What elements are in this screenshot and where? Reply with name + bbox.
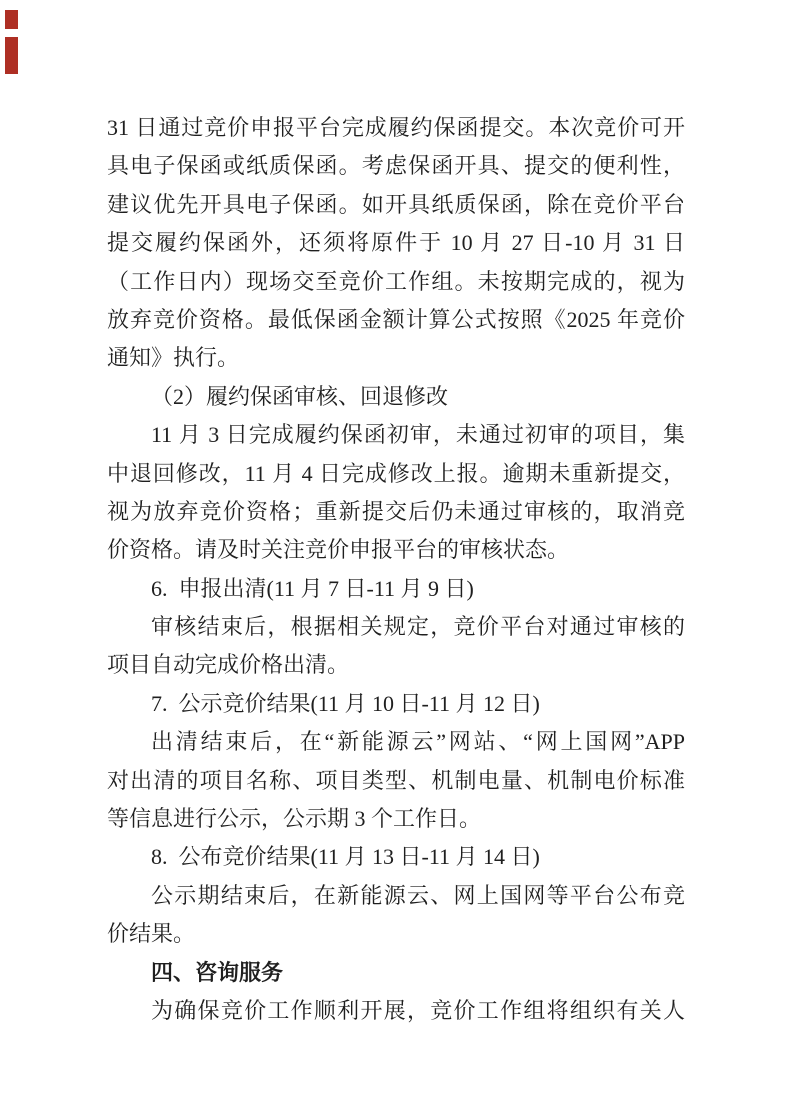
left-edge-red-mark-bottom: [5, 37, 18, 74]
text-line: 公示期结束后，在新能源云、网上国网等平台公布竞: [107, 877, 685, 915]
text-line: 11 月 3 日完成履约保函初审，未通过初审的项目，集: [107, 416, 685, 454]
text-line: 等信息进行公示，公示期 3 个工作日。: [107, 800, 685, 838]
text-line: 为确保竞价工作顺利开展，竞价工作组将组织有关人: [107, 992, 685, 1030]
text-line: 建议优先开具电子保函。如开具纸质保函，除在竞价平台: [107, 186, 685, 224]
text-line: 价资格。请及时关注竞价申报平台的审核状态。: [107, 531, 685, 569]
text-line: 对出清的项目名称、项目类型、机制电量、机制电价标准: [107, 762, 685, 800]
left-edge-red-mark-top: [5, 10, 18, 29]
text-line: 审核结束后，根据相关规定，竞价平台对通过审核的: [107, 608, 685, 646]
document-page: 31 日通过竞价申报平台完成履约保函提交。本次竞价可开具电子保函或纸质保函。考虑…: [0, 0, 791, 1120]
text-line: 放弃竞价资格。最低保函金额计算公式按照《2025 年竞价: [107, 301, 685, 339]
text-line: 出清结束后，在“新能源云”网站、“网上国网”APP: [107, 723, 685, 761]
text-line: 四、咨询服务: [107, 954, 685, 992]
text-line: 31 日通过竞价申报平台完成履约保函提交。本次竞价可开: [107, 109, 685, 147]
text-line: 提交履约保函外，还须将原件于 10 月 27 日-10 月 31 日: [107, 224, 685, 262]
document-body: 31 日通过竞价申报平台完成履约保函提交。本次竞价可开具电子保函或纸质保函。考虑…: [107, 109, 685, 1030]
text-line: （2）履约保函审核、回退修改: [107, 378, 685, 416]
text-line: 具电子保函或纸质保函。考虑保函开具、提交的便利性，: [107, 147, 685, 185]
text-line: 通知》执行。: [107, 339, 685, 377]
text-line: 7. 公示竞价结果(11 月 10 日-11 月 12 日): [107, 685, 685, 723]
text-line: 项目自动完成价格出清。: [107, 646, 685, 684]
text-line: 视为放弃竞价资格；重新提交后仍未通过审核的，取消竞: [107, 493, 685, 531]
text-line: 8. 公布竞价结果(11 月 13 日-11 月 14 日): [107, 838, 685, 876]
text-line: 中退回修改，11 月 4 日完成修改上报。逾期未重新提交，: [107, 455, 685, 493]
text-line: 6. 申报出清(11 月 7 日-11 月 9 日): [107, 570, 685, 608]
text-line: 价结果。: [107, 915, 685, 953]
text-line: （工作日内）现场交至竞价工作组。未按期完成的，视为: [107, 263, 685, 301]
